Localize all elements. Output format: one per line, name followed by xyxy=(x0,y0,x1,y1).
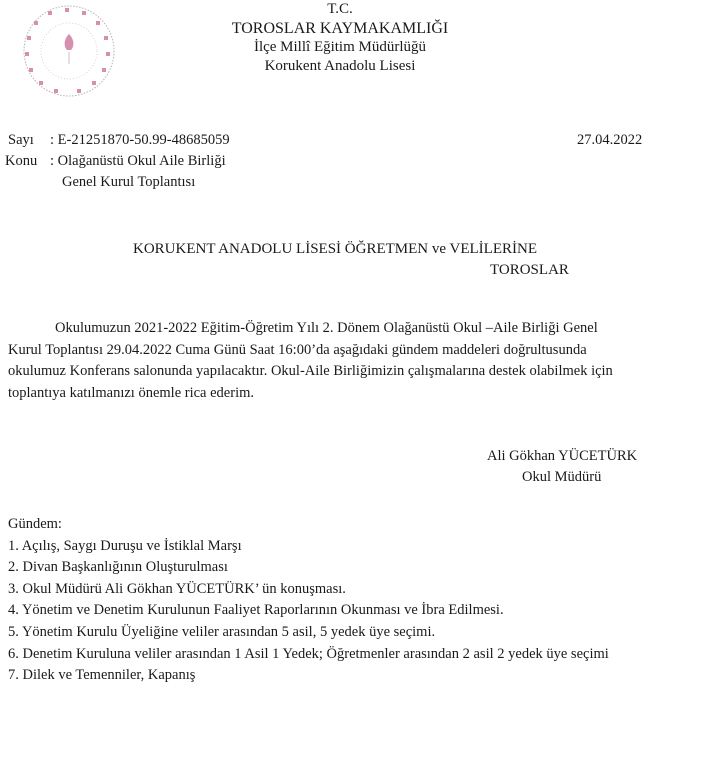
agenda-item: 5. Yönetim Kurulu Üyeliğine veliler aras… xyxy=(8,622,609,644)
signatory-title: Okul Müdürü xyxy=(522,469,601,486)
header-kaymakamlik: TOROSLAR KAYMAKAMLIĞI xyxy=(200,19,480,38)
meb-seal-logo-icon xyxy=(10,2,128,100)
body-paragraph: Okulumuzun 2021-2022 Eğitim-Öğretim Yılı… xyxy=(8,318,708,404)
letterhead: T.C. TOROSLAR KAYMAKAMLIĞI İlçe Millî Eğ… xyxy=(200,0,480,76)
agenda-item: 6. Denetim Kuruluna veliler arasından 1 … xyxy=(8,644,609,666)
addressee-line2: TOROSLAR xyxy=(490,262,569,279)
konu-value-cont: Genel Kurul Toplantısı xyxy=(62,174,195,191)
sayi-value: : E-21251870-50.99-48685059 xyxy=(50,132,230,149)
agenda-item: 3. Okul Müdürü Ali Gökhan YÜCETÜRK’ ün k… xyxy=(8,579,609,601)
body-line: okulumuz Konferans salonunda yapılacaktı… xyxy=(8,361,708,383)
konu-label: Konu xyxy=(5,153,37,170)
document-date: 27.04.2022 xyxy=(577,132,642,149)
agenda-item: 4. Yönetim ve Denetim Kurulunun Faaliyet… xyxy=(8,600,609,622)
header-school: Korukent Anadolu Lisesi xyxy=(200,57,480,76)
agenda-item: 7. Dilek ve Temenniler, Kapanış xyxy=(8,665,609,687)
header-mem: İlçe Millî Eğitim Müdürlüğü xyxy=(200,38,480,57)
body-line: Okulumuzun 2021-2022 Eğitim-Öğretim Yılı… xyxy=(8,318,708,340)
body-line: toplantıya katılmanızı önemle rica ederi… xyxy=(8,383,708,405)
agenda-item: 2. Divan Başkanlığının Oluşturulması xyxy=(8,557,609,579)
signatory-name: Ali Gökhan YÜCETÜRK xyxy=(487,448,637,465)
body-line: Kurul Toplantısı 29.04.2022 Cuma Günü Sa… xyxy=(8,340,708,362)
konu-value: : Olağanüstü Okul Aile Birliği xyxy=(50,153,226,170)
agenda-item: 1. Açılış, Saygı Duruşu ve İstiklal Marş… xyxy=(8,536,609,558)
agenda-heading: Gündem: xyxy=(8,514,609,536)
header-tc: T.C. xyxy=(200,0,480,19)
addressee-line1: KORUKENT ANADOLU LİSESİ ÖĞRETMEN ve VELİ… xyxy=(133,241,537,258)
agenda: Gündem: 1. Açılış, Saygı Duruşu ve İstik… xyxy=(8,514,609,687)
sayi-label: Sayı xyxy=(8,132,34,149)
